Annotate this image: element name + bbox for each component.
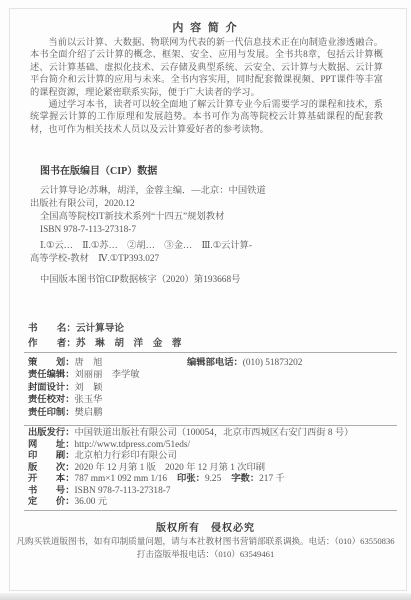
price-row: 定 价：36.00 元 [28,497,398,509]
summary-paragraph-1: 当前以云计算、大数据、物联网为代表的新一代信息技术正在向制造业渗透融合。本书全面… [30,36,383,98]
cover-design-value: 刘 颖 [75,383,103,393]
website-value: http://www.tdpress.com/51eds/ [75,440,191,450]
format-row: 开 本：787 mm×1 092 mm 1/16印张：9.25字数：217 千 [28,474,398,486]
cover-design-row: 封面设计：刘 颖 [28,382,388,394]
piracy-hotline: 打击盗版举报电话：（010）63549461 [0,548,411,560]
isbn-label: 书 号： [28,486,75,496]
divider-rule-2 [24,425,397,426]
editor-label: 责任编辑： [28,370,75,380]
price-label: 定 价： [28,497,75,507]
cip-record-number: 中国版本图书馆CIP数据核字（2020）第193668号 [30,274,360,287]
staff-credits: 策 划：唐 旭 编辑部电话：(010) 51873202 责任编辑：刘丽丽 李学… [28,357,388,419]
editorial-phone-label: 编辑部电话： [187,358,243,368]
editorial-phone: 编辑部电话：(010) 51873202 [187,357,302,369]
cip-line-title: 云计算导论/苏琳，胡洋，金蓉主编．—北京：中国铁道 [30,185,360,198]
proofreader-label: 责任校对： [28,395,75,405]
cip-line-classification-2: 高等学校-教材 Ⅳ.①TP393.027 [30,253,360,266]
summary-title: 内 容 简 介 [0,19,411,35]
proofreader-row: 责任校对：张玉华 [28,394,388,406]
price-value: 36.00 元 [75,497,108,507]
scan-bottom-edge [0,593,411,600]
edition-label: 版 次： [28,463,75,473]
book-title-row: 书 名：云计算导论 [28,322,388,337]
print-supervisor-value: 樊启鹏 [75,408,103,418]
editorial-phone-value: (010) 51873202 [243,358,303,368]
print-supervisor-label: 责任印制： [28,408,75,418]
edition-value: 2020 年 12 月第 1 版 2020 年 12 月第 1 次印刷 [75,463,266,473]
book-author-value: 苏 琳 胡 洋 金 蓉 [76,338,182,349]
publisher-label: 出版发行： [28,428,75,438]
book-title-value: 云计算导论 [76,323,124,334]
cip-heading: 图书在版编目（CIP）数据 [40,162,157,177]
publisher-row: 出版发行：中国铁道出版社有限公司（100054，北京市西城区右安门西街 8 号） [28,428,398,440]
cip-line-classification-1: Ⅰ.①云… Ⅱ.①苏… ②胡… ③金… Ⅲ.①云计算- [30,240,360,253]
website-label: 网 址： [28,440,75,450]
publication-details: 出版发行：中国铁道出版社有限公司（100054，北京市西城区右安门西街 8 号）… [28,428,398,509]
cip-line-publisher: 出版社有限公司，2020.12 [30,198,360,211]
website-row: 网 址：http://www.tdpress.com/51eds/ [28,440,398,452]
sheets-value: 9.25 [205,474,221,484]
book-title-label: 书 名： [28,323,76,334]
cip-line-isbn: ISBN 978-7-113-27318-7 [30,224,360,237]
format-label: 开 本： [28,474,75,484]
divider-rule-3 [24,510,397,511]
planner-value: 唐 旭 [75,358,103,368]
book-info: 书 名：云计算导论 作 者：苏 琳 胡 洋 金 蓉 [28,322,388,351]
planner-row: 策 划：唐 旭 编辑部电话：(010) 51873202 [28,357,388,369]
printer-label: 印 刷： [28,451,75,461]
cip-line-series: 全国高等院校IT新技术系列“十四五”规划教材 [30,211,360,224]
edition-row: 版 次：2020 年 12 月第 1 版 2020 年 12 月第 1 次印刷 [28,463,398,475]
book-author-row: 作 者：苏 琳 胡 洋 金 蓉 [28,337,388,352]
summary-paragraph-2: 通过学习本书，读者可以较全面地了解云计算专业今后需要学习的课程和技术，系统掌握云… [30,98,383,135]
book-copyright-page: 内 容 简 介 当前以云计算、大数据、物联网为代表的新一代信息技术正在向制造业渗… [0,0,411,600]
cover-design-label: 封面设计： [28,383,75,393]
word-count-label: 字数： [231,474,259,484]
content-summary: 当前以云计算、大数据、物联网为代表的新一代信息技术正在向制造业渗透融合。本书全面… [30,36,383,135]
book-author-label: 作 者： [28,338,76,349]
format-value: 787 mm×1 092 mm 1/16 [75,474,168,484]
print-supervisor-row: 责任印制：樊启鹏 [28,407,388,419]
copyright-notice: 版权所有 侵权必究 [0,519,411,534]
editor-value: 刘丽丽 李学敏 [75,370,140,380]
isbn-row: 书 号：ISBN 978-7-113-27318-7 [28,486,398,498]
printer-value: 北京柏力行彩印有限公司 [75,451,177,461]
sheets-label: 印张： [177,474,205,484]
divider-rule-1 [24,352,397,353]
proofreader-value: 张玉华 [75,395,103,405]
isbn-value: ISBN 978-7-113-27318-7 [75,486,171,496]
editor-row: 责任编辑：刘丽丽 李学敏 [28,369,388,381]
word-count-value: 217 千 [259,474,285,484]
planner-label: 策 划： [28,358,75,368]
publisher-value: 中国铁道出版社有限公司（100054，北京市西城区右安门西街 8 号） [75,428,354,438]
printer-row: 印 刷：北京柏力行彩印有限公司 [28,451,398,463]
cip-block: 云计算导论/苏琳，胡洋，金蓉主编．—北京：中国铁道 出版社有限公司，2020.1… [30,185,360,287]
exchange-notice: 凡购买铁道版图书，如有印制质量问题，请与本社教材图书营销部联系调换。电话：（01… [0,535,411,547]
